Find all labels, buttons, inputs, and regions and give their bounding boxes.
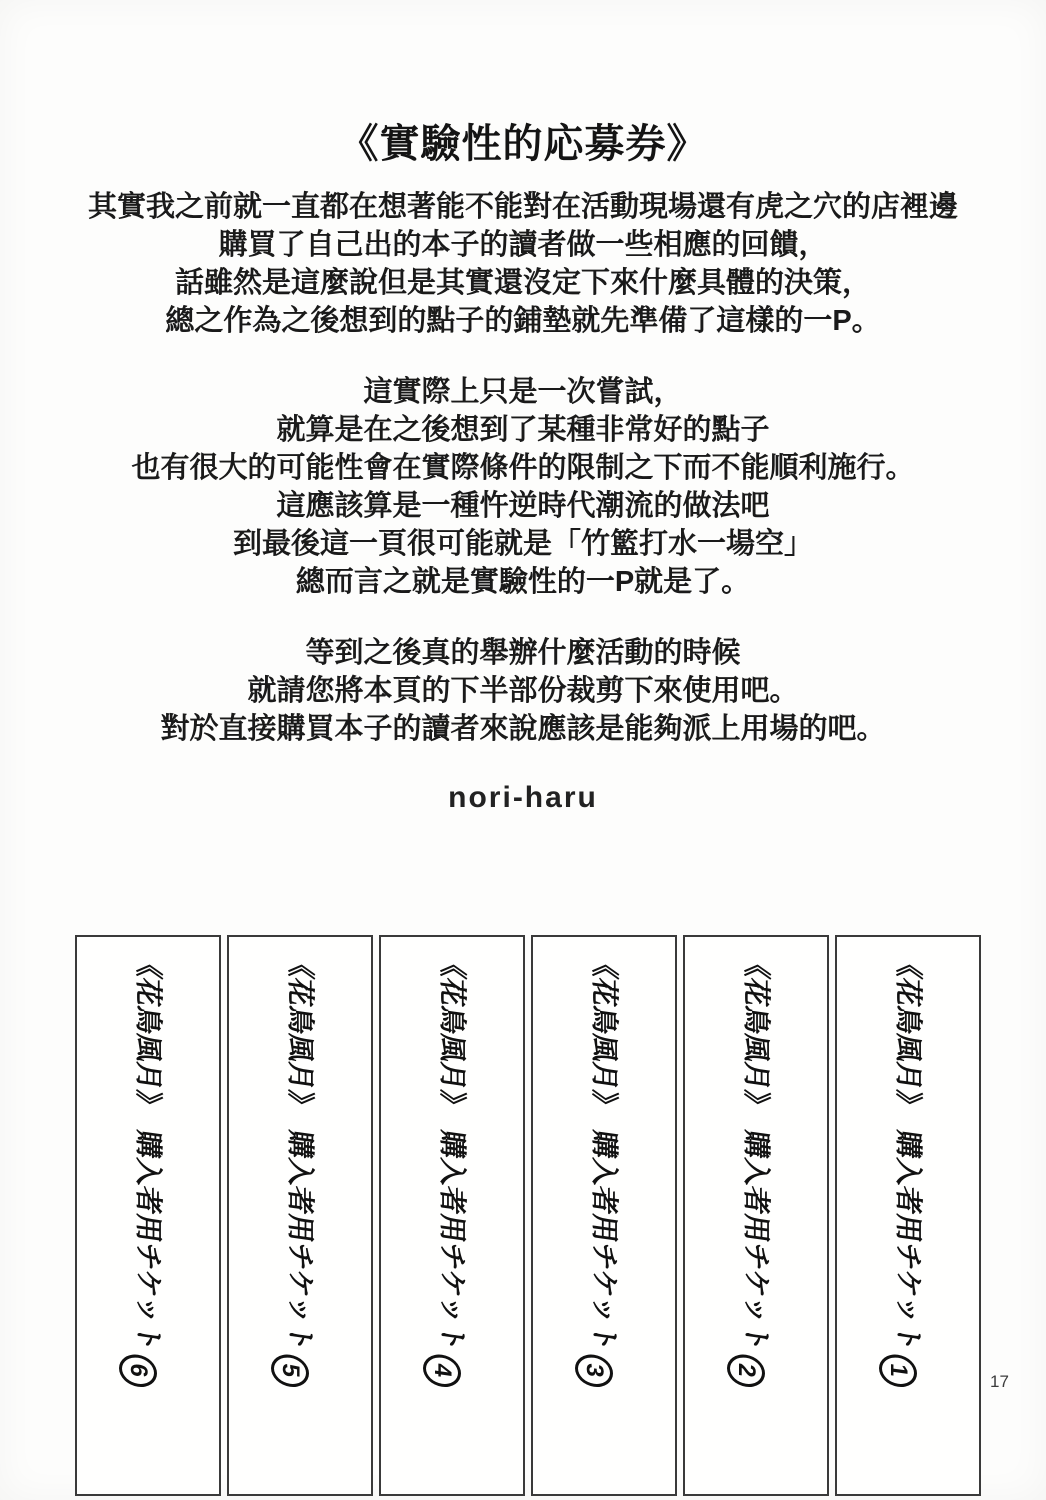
ticket-strip: 《花鳥風月》購入者用チケット5 (227, 935, 373, 1496)
text-line: 這實際上只是一次嘗試， (0, 373, 1046, 411)
ticket-strip: 《花鳥風月》購入者用チケット1 (835, 935, 981, 1496)
ticket-label: 購入者用チケット (589, 1128, 620, 1354)
ticket-number-circled: 5 (271, 1352, 309, 1389)
ticket-text: 《花鳥風月》購入者用チケット1 (879, 946, 928, 1390)
paragraph: 其實我之前就一直都在想著能不能對在活動現場還有虎之穴的店裡邊購買了自己出的本子的… (0, 188, 1046, 340)
text-line: 其實我之前就一直都在想著能不能對在活動現場還有虎之穴的店裡邊 (0, 188, 1046, 226)
body-text: 其實我之前就一直都在想著能不能對在活動現場還有虎之穴的店裡邊購買了自己出的本子的… (0, 188, 1046, 815)
ticket-book-title: 《花鳥風月》 (741, 948, 772, 1120)
page-title: 《實驗性的応募券》 (0, 112, 1046, 169)
text-line: 這應該算是一種忤逆時代潮流的做法吧 (0, 487, 1046, 525)
ticket-book-title: 《花鳥風月》 (437, 948, 468, 1120)
ticket-label: 購入者用チケット (133, 1128, 164, 1354)
text-line: 話雖然是這麼說但是其實還沒定下來什麼具體的決策， (0, 264, 1046, 302)
ticket-text: 《花鳥風月》購入者用チケット3 (575, 946, 624, 1390)
ticket-book-title: 《花鳥風月》 (133, 948, 164, 1120)
ticket-strip: 《花鳥風月》購入者用チケット4 (379, 935, 525, 1496)
ticket-number-circled: 3 (575, 1352, 613, 1389)
ticket-label: 購入者用チケット (285, 1128, 316, 1354)
ticket-book-title: 《花鳥風月》 (285, 948, 316, 1120)
text-line: 也有很大的可能性會在實際條件的限制之下而不能順利施行。 (0, 449, 1046, 487)
text-line: 就算是在之後想到了某種非常好的點子 (0, 411, 1046, 449)
ticket-strip: 《花鳥風月》購入者用チケット6 (75, 935, 221, 1496)
ticket-number-circled: 1 (879, 1352, 917, 1389)
ticket-strip: 《花鳥風月》購入者用チケット3 (531, 935, 677, 1496)
ticket-strip: 《花鳥風月》購入者用チケット2 (683, 935, 829, 1496)
text-line: 就請您將本頁的下半部份裁剪下來使用吧。 (0, 672, 1046, 710)
text-line: 等到之後真的舉辦什麼活動的時候 (0, 634, 1046, 672)
paragraph: 這實際上只是一次嘗試，就算是在之後想到了某種非常好的點子也有很大的可能性會在實際… (0, 373, 1046, 601)
ticket-text: 《花鳥風月》購入者用チケット6 (119, 946, 168, 1390)
ticket-label: 購入者用チケット (437, 1128, 468, 1354)
ticket-number-circled: 4 (423, 1352, 461, 1389)
ticket-text: 《花鳥風月》購入者用チケット2 (727, 946, 776, 1390)
text-line: 對於直接購買本子的讀者來說應該是能夠派上用場的吧。 (0, 710, 1046, 748)
ticket-label: 購入者用チケット (741, 1128, 772, 1354)
text-line: 購買了自己出的本子的讀者做一些相應的回饋， (0, 226, 1046, 264)
text-line: 總之作為之後想到的點子的鋪墊就先準備了這樣的一P。 (0, 302, 1046, 340)
paragraph: 等到之後真的舉辦什麼活動的時候就請您將本頁的下半部份裁剪下來使用吧。對於直接購買… (0, 634, 1046, 748)
ticket-book-title: 《花鳥風月》 (893, 948, 924, 1120)
ticket-text: 《花鳥風月》購入者用チケット5 (271, 946, 320, 1390)
text-line: 總而言之就是實驗性的一P就是了。 (0, 563, 1046, 601)
ticket-number-circled: 6 (119, 1352, 157, 1389)
author-signature: nori-haru (0, 781, 1046, 815)
document-page: 《實驗性的応募券》 其實我之前就一直都在想著能不能對在活動現場還有虎之穴的店裡邊… (0, 0, 1046, 1500)
ticket-number-circled: 2 (727, 1352, 765, 1389)
text-line: 到最後這一頁很可能就是「竹籃打水一場空」 (0, 525, 1046, 563)
ticket-text: 《花鳥風月》購入者用チケット4 (423, 946, 472, 1390)
page-number: 17 (990, 1372, 1009, 1392)
ticket-book-title: 《花鳥風月》 (589, 948, 620, 1120)
ticket-strip-row: 《花鳥風月》購入者用チケット6《花鳥風月》購入者用チケット5《花鳥風月》購入者用… (75, 935, 981, 1496)
ticket-label: 購入者用チケット (893, 1128, 924, 1354)
